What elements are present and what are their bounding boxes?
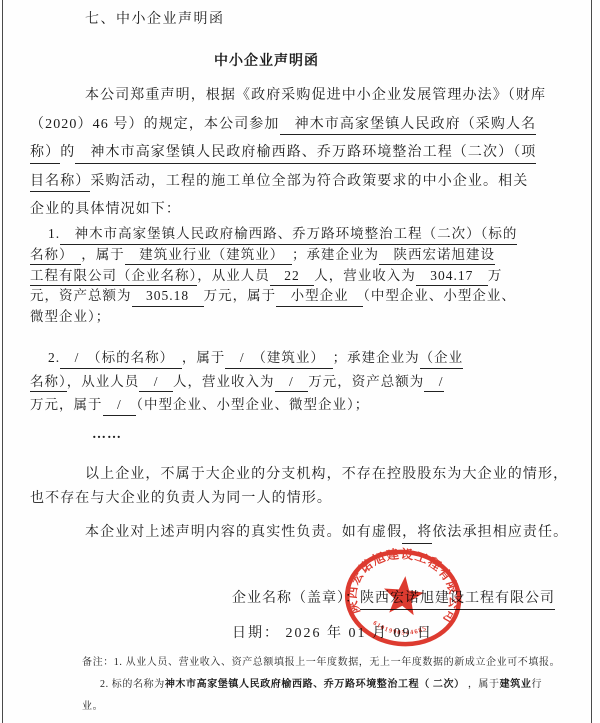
paragraph-enterprise-item-2: 2. / （标的名称） ，属于 / （建筑业） ；承建企业为（企业名称），从业人…: [30, 346, 463, 417]
text-segment: 称）: [30, 145, 60, 164]
text-segment: 304.17: [416, 268, 488, 287]
text-segment: ，从业人员: [67, 374, 140, 389]
text-segment: 采购活动，工程的施工单位全部为符合政策要求的中小企业。相关: [90, 174, 528, 189]
text-segment: /: [103, 397, 137, 416]
text-segment: 1.: [48, 226, 60, 241]
paragraph-not-large-enterprise: 以上企业，不属于大企业的分支机构，不存在控股股东为大企业的情形，也不存在与大企业…: [30, 463, 568, 511]
text-segment: 神木市高家堡镇人民政府（采购人名: [280, 117, 537, 136]
text-segment: 微型企业）；: [30, 309, 110, 324]
text-line: 业。: [82, 700, 103, 714]
section-heading: 七、中小企业声明函: [85, 8, 225, 28]
text-segment: 名称）: [30, 247, 81, 266]
text-segment: 建筑业: [500, 679, 532, 690]
text-segment: 建筑业行业（建筑业）: [125, 247, 292, 266]
text-line: 工程有限公司（企业名称），从业人员 22 人，营业收入为 304.17 万: [30, 266, 517, 287]
text-line: 备注：1. 从业人员、营业收入、资产总额填报上一年度数据，无上一年度数据的新成立…: [82, 656, 560, 670]
text-line: 2. 标的名称为神木市高家堡镇人民政府榆西路、乔万路环境整治工程（ 二次） ，属…: [100, 678, 542, 692]
document-title: 中小企业声明函: [214, 50, 319, 70]
text-line: 名称），从业人员 / 人，营业收入为 / 万元，资产总额为 /: [30, 370, 463, 394]
text-segment: 22: [270, 268, 315, 287]
text-segment: ；承建企业为: [292, 247, 379, 262]
text-line: 以上企业，不属于大企业的分支机构，不存在控股股东为大企业的情形，: [30, 463, 568, 487]
text-segment: 名称）: [30, 374, 67, 393]
text-segment: 神木市高家堡镇人民政府榆西路、乔万路环境整治工程（二次）（标的: [60, 226, 517, 245]
text-line: 企业的具体情况如下：: [30, 196, 546, 225]
text-segment: ，将: [402, 525, 432, 544]
text-segment: ；承建企业为: [333, 350, 420, 365]
text-segment: 元，资产总额为: [30, 288, 132, 303]
text-segment: 企业的具体情况如下：: [30, 202, 181, 217]
text-line: 称）的 神木市高家堡镇人民政府榆西路、乔万路环境整治工程（二次）（项: [30, 139, 546, 168]
text-segment: 2.: [48, 350, 60, 365]
text-segment: / （建筑业）: [225, 350, 332, 369]
paragraph-declaration-intro: 本公司郑重声明，根据《政府采购促进中小企业发展管理办法》（财库（2020）46 …: [30, 82, 546, 225]
text-segment: 万元，属于: [204, 288, 277, 303]
text-segment: 行: [531, 679, 542, 690]
text-segment: ，属于: [182, 350, 226, 365]
text-segment: / （标的名称）: [60, 350, 182, 369]
footnote-2-continued: 业。: [82, 700, 103, 714]
text-segment: 神木市高家堡镇人民政府榆西路、乔万路环境整治工程（二次）（项: [75, 145, 536, 164]
text-segment: 也不存在与大企业的负责人为同一人的情形。: [30, 491, 332, 506]
text-segment: （企业: [420, 350, 464, 369]
text-segment: 万元，资产总额为: [308, 374, 424, 389]
page-right-border: [591, 0, 592, 723]
text-line: 微型企业）；: [30, 307, 517, 328]
text-line: 本公司郑重声明，根据《政府采购促进中小企业发展管理办法》（财库: [30, 82, 546, 111]
text-segment: 万元，属于: [30, 397, 103, 412]
text-segment: （2020）46 号）的规定，本公司参加: [30, 117, 280, 132]
text-segment: 的: [60, 145, 75, 160]
text-segment: 神木市高家堡镇人民政府榆西路、乔万路环境整治工程（ 二次）: [165, 679, 465, 690]
text-segment: 本企业对上述声明内容的真实性负责。如有虚假: [85, 525, 402, 540]
text-line: 本企业对上述声明内容的真实性负责。如有虚假，将依法承担相应责任。: [30, 521, 568, 545]
text-segment: 小型企业: [276, 288, 363, 307]
text-segment: 业。: [82, 701, 103, 712]
text-segment: 目名称）: [30, 174, 90, 193]
date-label: 日期：: [232, 626, 280, 641]
text-segment: 人，营业收入为: [173, 374, 275, 389]
text-segment: 备注：1. 从业人员、营业收入、资产总额填报上一年度数据，无上一年度数据的新成立…: [82, 657, 560, 668]
company-seal: 陕西宏诺旭建设工程有限公司 6101990544685: [336, 541, 470, 657]
footnote-1: 备注：1. 从业人员、营业收入、资产总额填报上一年度数据，无上一年度数据的新成立…: [82, 656, 560, 670]
text-segment: 以上企业，不属于大企业的分支机构，不存在控股股东为大企业的情形，: [85, 467, 568, 482]
text-segment: 万: [488, 268, 503, 283]
document-page: 七、中小企业声明函 中小企业声明函 本公司郑重声明，根据《政府采购促进中小企业发…: [0, 0, 600, 723]
text-segment: 本公司郑重声明，根据《政府采购促进中小企业发展管理办法》（财库: [85, 88, 546, 103]
text-segment: ，属于: [465, 679, 500, 690]
text-segment: 2. 标的名称为: [100, 679, 165, 690]
paragraph-enterprise-item-1: 1. 神木市高家堡镇人民政府榆西路、乔万路环境整治工程（二次）（标的名称） ，属…: [30, 224, 517, 328]
text-line: 元，资产总额为 305.18 万元，属于 小型企业 （中型企业、小型企业、: [30, 286, 517, 307]
text-segment: （中型企业、小型企业、微型企业）；: [136, 397, 369, 412]
seal-code-text: 6101990544685: [371, 619, 429, 639]
text-segment: ，从业人员: [197, 268, 270, 283]
page-left-border: [2, 0, 3, 723]
text-line: 万元，属于 / （中型企业、小型企业、微型企业）；: [30, 393, 463, 417]
text-line: （2020）46 号）的规定，本公司参加 神木市高家堡镇人民政府（采购人名: [30, 111, 546, 140]
text-segment: （中型企业、小型企业、: [363, 288, 516, 303]
text-segment: ，属于: [81, 247, 125, 262]
company-seal-graphic: 陕西宏诺旭建设工程有限公司 6101990544685: [336, 541, 470, 657]
paragraph-responsibility: 本企业对上述声明内容的真实性负责。如有虚假，将依法承担相应责任。: [30, 521, 568, 545]
text-segment: 陕西宏诺旭建设: [379, 247, 495, 266]
ellipsis-line: ……: [92, 427, 122, 443]
text-line: 1. 神木市高家堡镇人民政府榆西路、乔万路环境整治工程（二次）（标的: [30, 224, 517, 245]
text-segment: 人，营业收入为: [314, 268, 416, 283]
footnote-2: 2. 标的名称为神木市高家堡镇人民政府榆西路、乔万路环境整治工程（ 二次） ，属…: [100, 678, 542, 692]
text-line: 目名称）采购活动，工程的施工单位全部为符合政策要求的中小企业。相关: [30, 168, 546, 197]
text-segment: 工程有限公司（企业名称）: [30, 268, 197, 287]
text-segment: 依法承担相应责任。: [432, 525, 568, 540]
text-line: 2. / （标的名称） ，属于 / （建筑业） ；承建企业为（企业: [30, 346, 463, 370]
text-segment: /: [139, 374, 173, 393]
text-segment: /: [275, 374, 309, 393]
star-icon: [382, 574, 426, 616]
text-segment: 305.18: [132, 288, 204, 307]
text-line: 也不存在与大企业的负责人为同一人的情形。: [30, 487, 568, 511]
text-line: 名称） ，属于 建筑业行业（建筑业） ；承建企业为 陕西宏诺旭建设: [30, 245, 517, 266]
text-segment: /: [424, 374, 443, 393]
